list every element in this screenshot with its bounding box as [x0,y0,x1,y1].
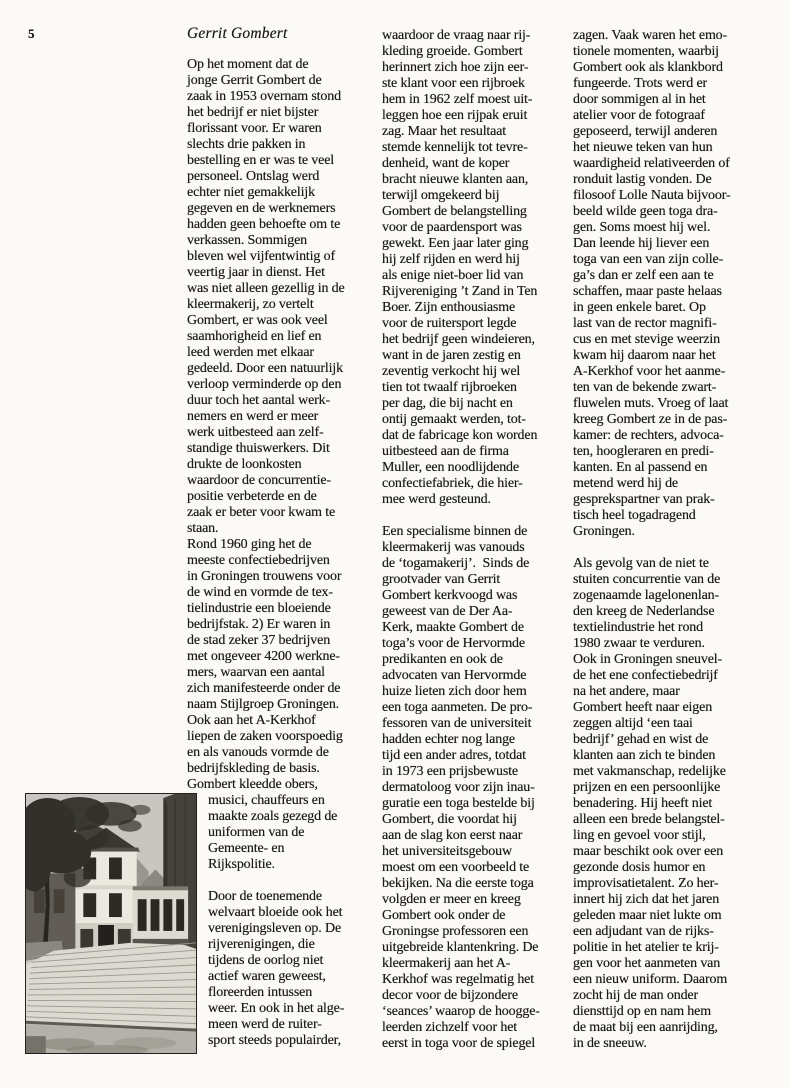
paragraph: Een specialisme binnen de kleermakerij w… [382,524,570,1052]
paragraph: zagen. Vaak waren het emo- tionele momen… [573,28,775,540]
photo-low-building [133,886,188,952]
paragraph: Als gevolg van de niet te stuiten concur… [573,556,775,1052]
text-column-1: Gerrit Gombert Op het moment dat de jong… [187,26,375,1049]
article-title: Gerrit Gombert [187,26,375,42]
text-column-2: waardoor de vraag naar rij- kleding groe… [382,28,570,1052]
street-photo [25,793,197,1054]
text-column-3: zagen. Vaak waren het emo- tionele momen… [573,28,775,1052]
paragraph: waardoor de vraag naar rij- kleding groe… [382,28,570,508]
paragraph: Rond 1960 ging het de meeste confectiebe… [187,537,375,793]
photo-plaza [26,943,196,1030]
scanned-book-page: 5 Gerrit Gombert Op het moment dat de jo… [0,0,790,1088]
page-number: 5 [28,27,35,41]
paragraph-wrapped-around-photo: Door de toenemende welvaart bloeide ook … [208,889,375,1049]
street-photo-image [26,794,196,1053]
paragraph-wrapped-around-photo: musici, chauffeurs en maakte zoals gezeg… [208,793,375,873]
paragraph: Op het moment dat de jonge Gerrit Gomber… [187,57,375,537]
